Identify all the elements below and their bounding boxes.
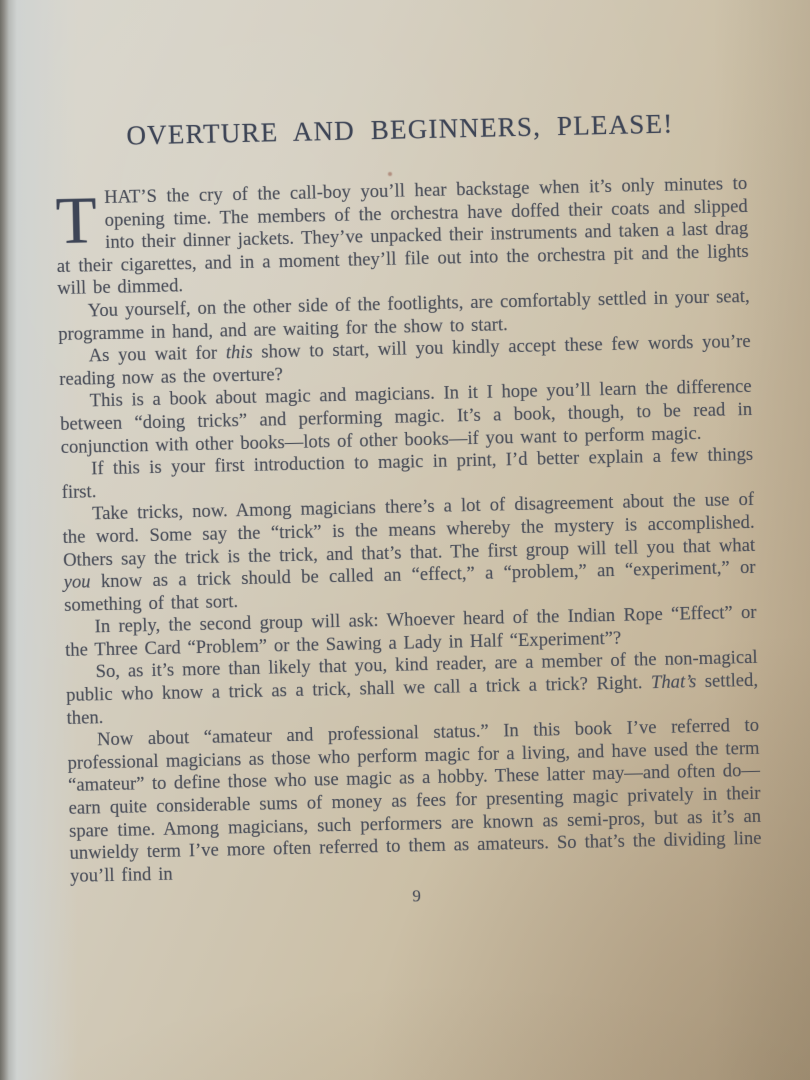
book-photo: OVERTURE AND BEGINNERS, PLEASE! THAT’S t… xyxy=(0,0,810,1080)
italic-word: this xyxy=(226,342,253,364)
paragraph: THAT’S the cry of the call-boy you’ll he… xyxy=(55,173,749,301)
drop-cap: T xyxy=(55,189,97,253)
chapter-title: OVERTURE AND BEGINNERS, PLEASE! xyxy=(54,107,747,153)
italic-word: That’s xyxy=(651,671,697,693)
book-page: OVERTURE AND BEGINNERS, PLEASE! THAT’S t… xyxy=(51,0,763,914)
italic-word: you xyxy=(63,571,90,593)
body-text: THAT’S the cry of the call-boy you’ll he… xyxy=(55,173,762,888)
paragraph: Take tricks, now. Among magicians there’… xyxy=(62,489,756,617)
paragraph: Now about “amateur and professional stat… xyxy=(67,715,762,888)
